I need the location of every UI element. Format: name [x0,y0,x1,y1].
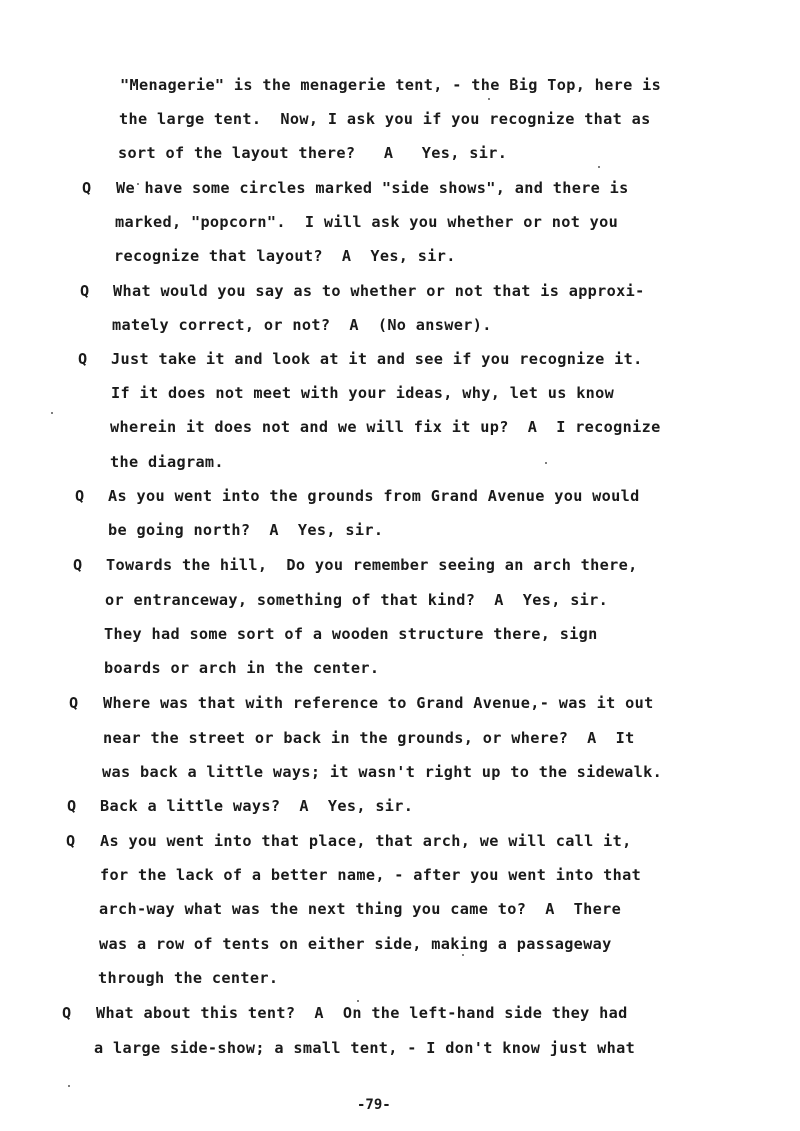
transcript-line: was back a little ways; it wasn't right … [102,762,662,782]
transcript-line: Just take it and look at it and see if y… [111,349,643,369]
transcript-line: mately correct, or not? A (No answer). [112,315,492,335]
transcript-line: be going north? A Yes, sir. [108,520,383,540]
page-number: -79- [357,1097,391,1113]
question-marker: Q [62,1003,71,1023]
transcript-line: They had some sort of a wooden structure… [104,624,598,644]
transcript-line: recognize that layout? A Yes, sir. [114,246,456,266]
transcript-line: We have some circles marked "side shows"… [116,178,629,198]
transcript-line: Back a little ways? A Yes, sir. [100,796,413,816]
transcript-line: marked, "popcorn". I will ask you whethe… [115,212,618,232]
transcript-line: As you went into that place, that arch, … [100,831,632,851]
scan-speck [357,1000,359,1002]
scan-speck [545,462,547,464]
scan-speck [51,412,53,414]
question-marker: Q [82,178,91,198]
transcript-line: "Menagerie" is the menagerie tent, - the… [120,75,661,95]
question-marker: Q [75,486,84,506]
transcript-line: As you went into the grounds from Grand … [108,486,640,506]
question-marker: Q [66,831,75,851]
scan-speck [598,166,600,168]
question-marker: Q [67,796,76,816]
transcript-line: was a row of tents on either side, makin… [99,934,612,954]
transcript-line: the diagram. [110,452,224,472]
transcript-line: What would you say as to whether or not … [113,281,645,301]
transcript-line: What about this tent? A On the left-hand… [96,1003,628,1023]
transcript-line: Towards the hill, Do you remember seeing… [106,555,638,575]
transcript-line: for the lack of a better name, - after y… [100,865,641,885]
question-marker: Q [73,555,82,575]
transcript-line: sort of the layout there? A Yes, sir. [118,143,507,163]
scan-speck [137,183,139,185]
scan-speck [462,954,464,956]
transcript-line: a large side-show; a small tent, - I don… [94,1038,635,1058]
question-marker: Q [69,693,78,713]
transcript-line: boards or arch in the center. [104,658,379,678]
transcript-line: wherein it does not and we will fix it u… [110,417,661,437]
question-marker: Q [80,281,89,301]
transcript-line: near the street or back in the grounds, … [103,728,635,748]
transcript-line: arch-way what was the next thing you cam… [99,899,621,919]
transcript-page: "Menagerie" is the menagerie tent, - the… [0,0,800,1131]
transcript-line: If it does not meet with your ideas, why… [111,383,614,403]
transcript-line: the large tent. Now, I ask you if you re… [119,109,651,129]
scan-speck [68,1085,70,1087]
scan-speck [488,98,490,100]
question-marker: Q [78,349,87,369]
transcript-line: or entranceway, something of that kind? … [105,590,608,610]
transcript-line: through the center. [98,968,278,988]
transcript-line: Where was that with reference to Grand A… [103,693,654,713]
